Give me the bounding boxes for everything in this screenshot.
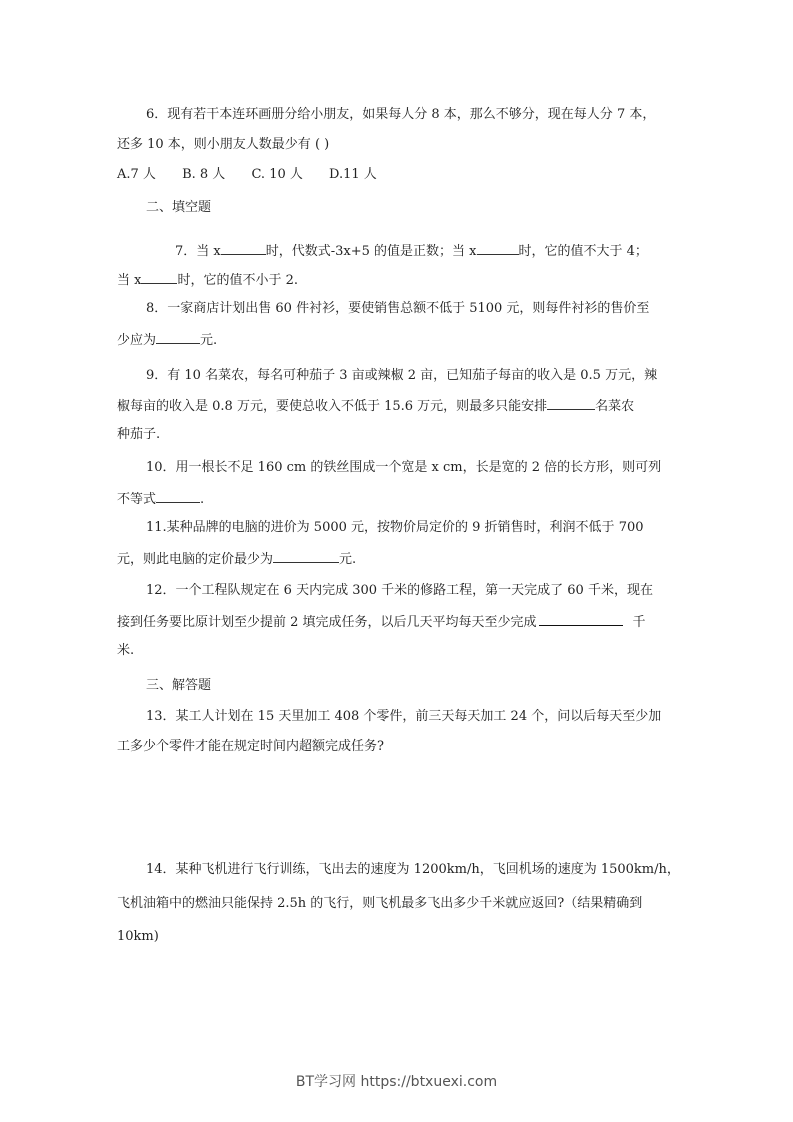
q7-text: 7．当 x xyxy=(175,244,221,259)
q10-line1: 10．用一根长不足 160 cm 的铁丝围成一个宽是 x cm，长是宽的 2 倍… xyxy=(146,460,661,476)
q10-text: . xyxy=(200,492,204,507)
q14-line2: 飞机油箱中的燃油只能保持 2.5h 的飞行，则飞机最多飞出多少千米就应返回?（结… xyxy=(117,896,642,912)
q7-text: 时，它的值不小于 2. xyxy=(177,273,298,288)
answer-blank xyxy=(539,613,623,626)
q9-text: 名菜农 xyxy=(595,399,634,414)
q8-text: 少应为 xyxy=(117,333,156,348)
q6-line1: 6．现有若干本连环画册分给小朋友，如果每人分 8 本，那么不够分，现在每人分 7… xyxy=(146,107,655,123)
answer-blank xyxy=(156,331,200,344)
q14-line3: 10km) xyxy=(117,929,159,945)
q12-line3: 米. xyxy=(117,643,134,659)
q14-line1: 14．某种飞机进行飞行训练，飞出去的速度为 1200km/h，飞回机场的速度为 … xyxy=(146,862,680,878)
section-heading-fill-in: 二、填空题 xyxy=(146,200,211,216)
site-watermark: BT学习网 https://btxuexi.com xyxy=(0,1071,793,1091)
q11-text: 元，则此电脑的定价最少为 xyxy=(117,552,273,567)
q7-text: 当 x xyxy=(117,273,141,288)
q10-text: 不等式 xyxy=(117,492,156,507)
answer-blank xyxy=(547,397,595,410)
q9-text: 椒每亩的收入是 0.8 万元，要使总收入不低于 15.6 万元，则最多只能安排 xyxy=(117,399,547,414)
q11-text: 元. xyxy=(339,552,356,567)
section-heading-answer: 三、解答题 xyxy=(146,678,211,694)
q8-text: 元. xyxy=(200,333,217,348)
q11-line1: 11.某种品牌的电脑的进价为 5000 元，按物价局定价的 9 折销售时，利润不… xyxy=(146,520,644,536)
answer-blank xyxy=(141,271,177,284)
answer-blank xyxy=(156,490,200,503)
answer-blank xyxy=(273,550,339,563)
option-b: B. 8 人 xyxy=(182,167,225,182)
q6-line2: 还多 10 本，则小朋友人数最少有 ( ) xyxy=(117,137,329,153)
option-c: C. 10 人 xyxy=(251,167,302,182)
q13-line1: 13．某工人计划在 15 天里加工 408 个零件，前三天每天加工 24 个，问… xyxy=(146,709,661,725)
q9-line1: 9．有 10 名菜农，每名可种茄子 3 亩或辣椒 2 亩，已知茄子每亩的收入是 … xyxy=(146,368,657,384)
answer-blank xyxy=(477,242,519,255)
q12-text: 接到任务要比原计划至少提前 2 填完成任务，以后几天平均每天至少完成 xyxy=(117,615,537,630)
q12-text: 千 xyxy=(633,615,646,630)
q13-line2: 工多少个零件才能在规定时间内超额完成任务? xyxy=(117,739,384,755)
answer-blank xyxy=(221,242,266,255)
option-a: A.7 人 xyxy=(117,167,156,182)
q6-options: A.7 人 B. 8 人 C. 10 人 D.11 人 xyxy=(117,167,377,183)
option-d: D.11 人 xyxy=(329,167,377,182)
q7-text: 时，代数式-3x+5 的值是正数；当 x xyxy=(266,244,477,259)
q12-line1: 12．一个工程队规定在 6 天内完成 300 千米的修路工程，第一天完成了 60… xyxy=(146,583,653,599)
q9-line3: 种茄子. xyxy=(117,427,160,443)
q8-line1: 8．一家商店计划出售 60 件衬衫，要使销售总额不低于 5100 元，则每件衬衫… xyxy=(146,301,649,317)
q7-text: 时，它的值不大于 4； xyxy=(519,244,648,259)
